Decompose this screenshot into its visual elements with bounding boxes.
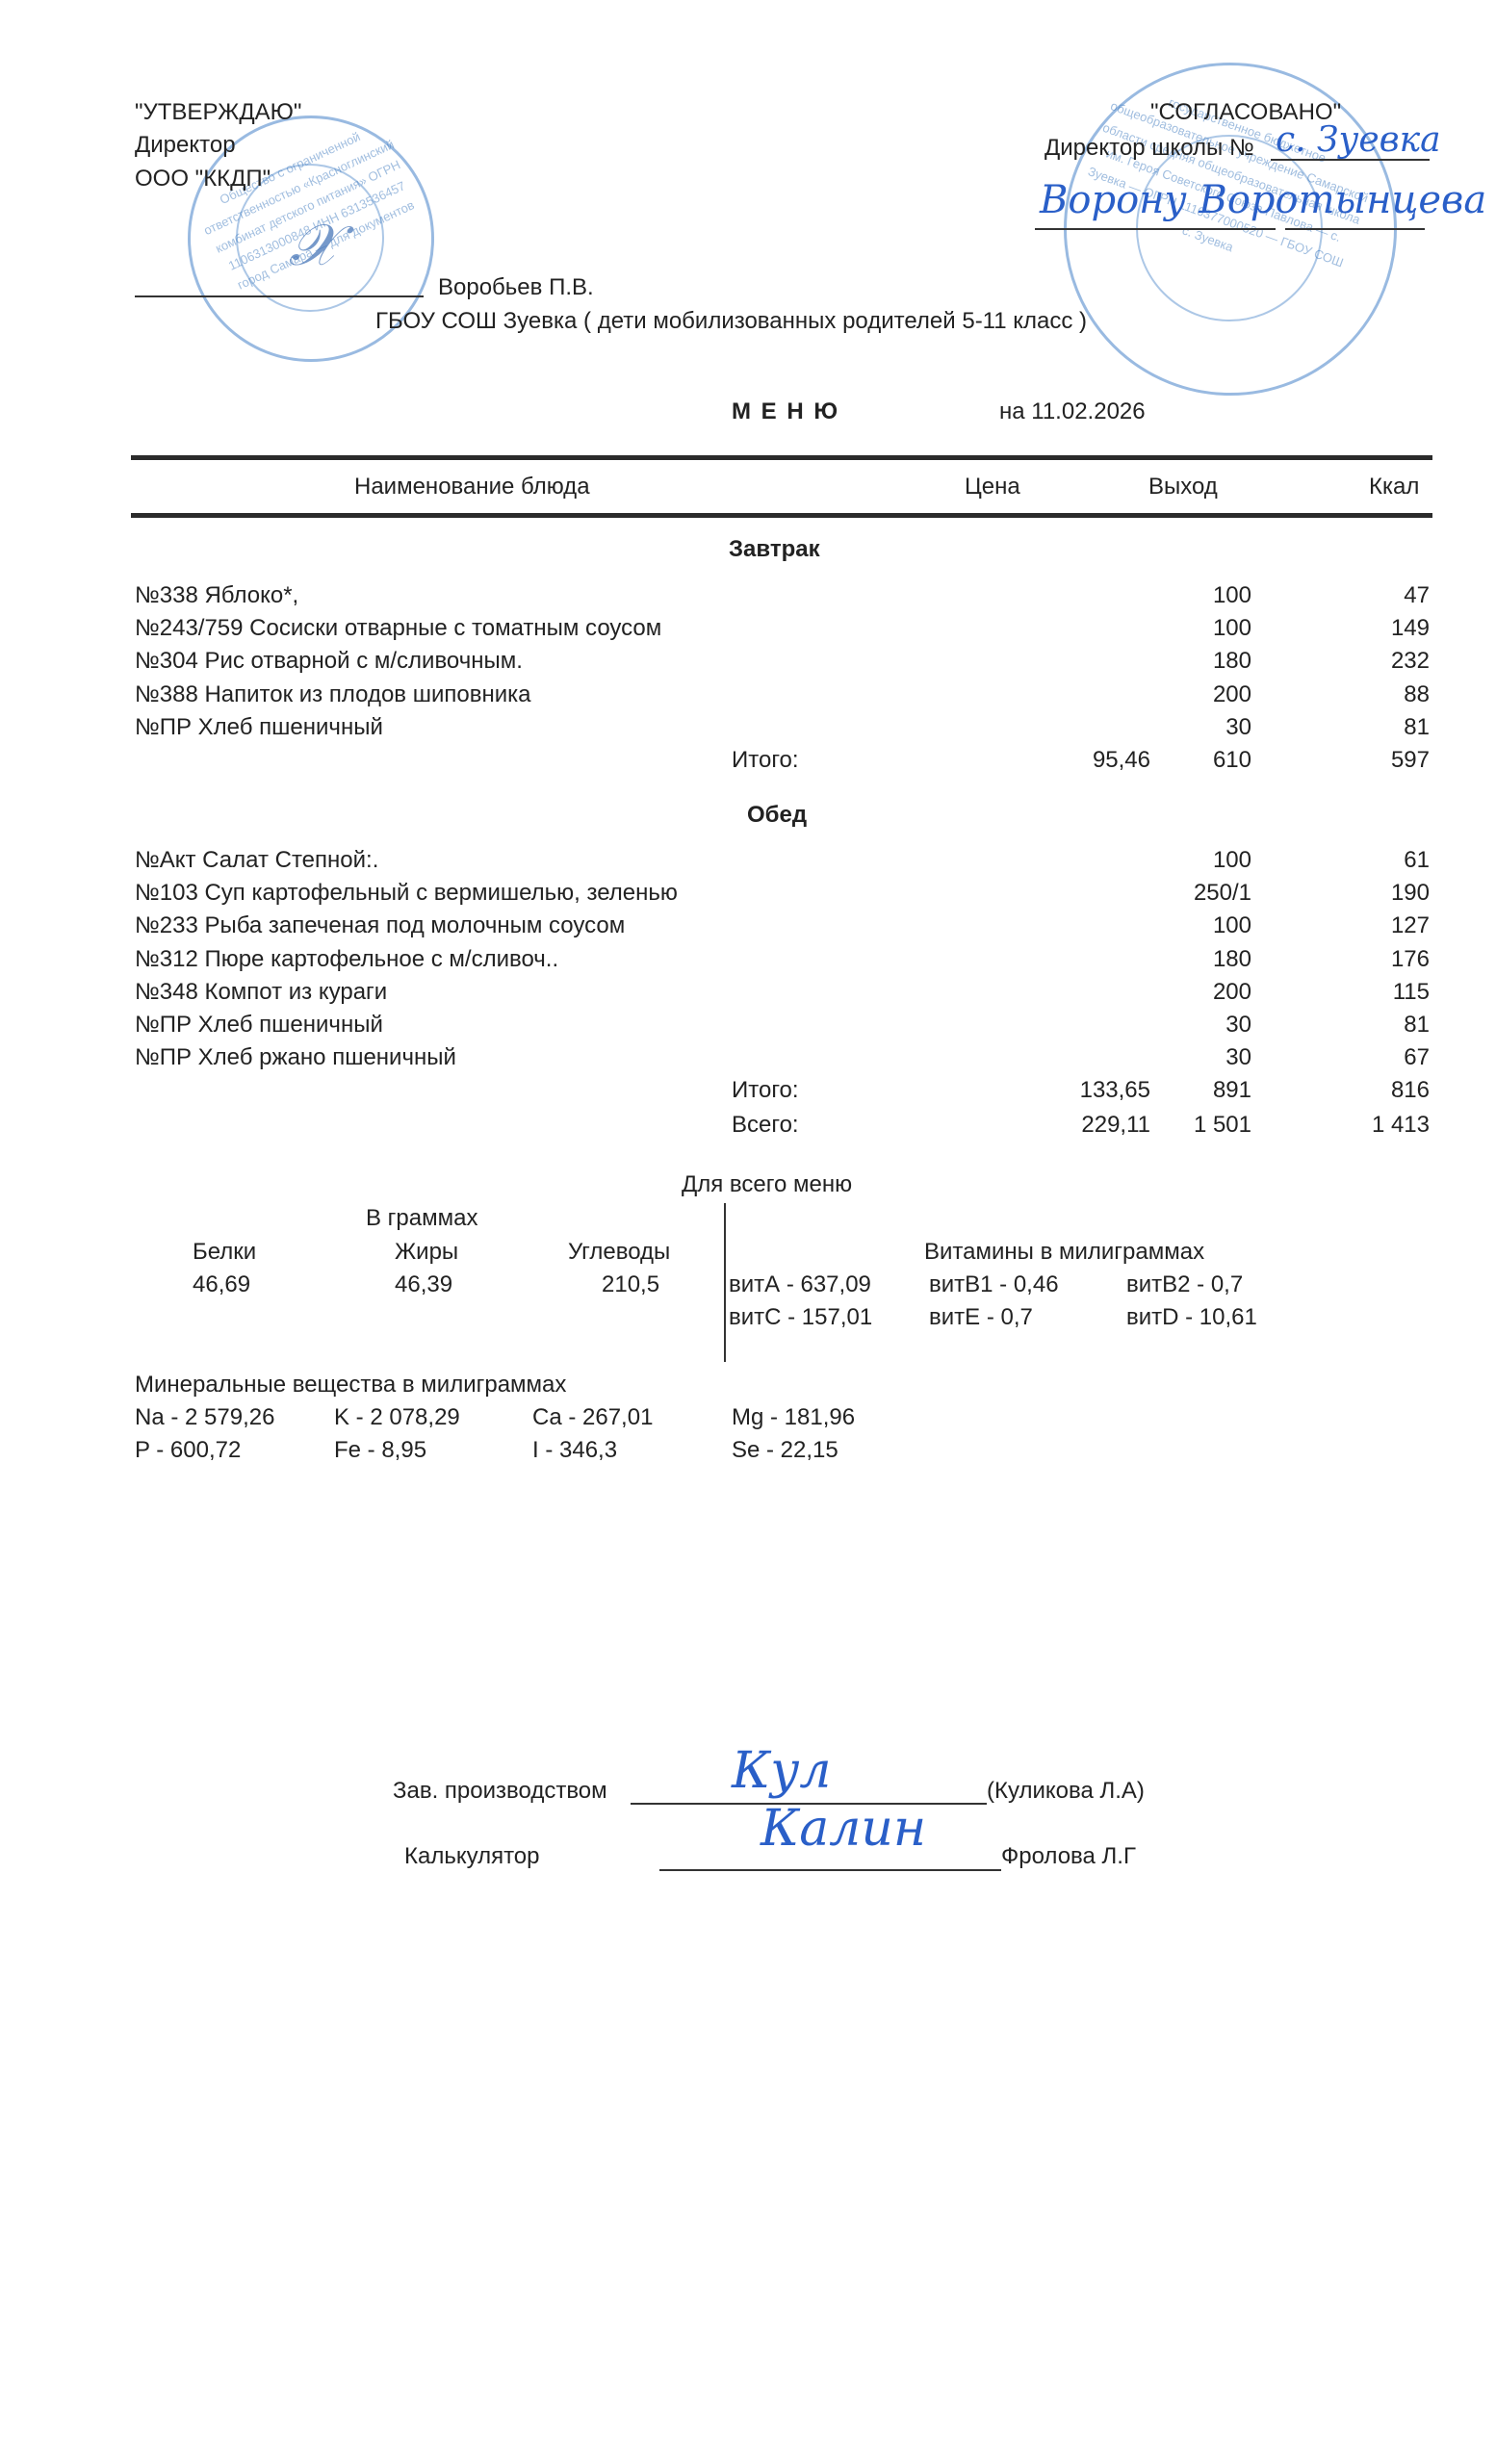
dish-output: 100: [1213, 912, 1251, 939]
macro-label-carbs: Углеводы: [568, 1239, 670, 1266]
dish-name: №348 Компот из кураги: [135, 979, 387, 1006]
school-line: ГБОУ СОШ Зуевка ( дети мобилизованных ро…: [375, 308, 1087, 335]
mineral-i: I - 346,3: [532, 1437, 617, 1464]
mineral-ca: Ca - 267,01: [532, 1404, 653, 1431]
column-header-kcal: Ккал: [1369, 474, 1419, 500]
dish-name: №103 Суп картофельный с вермишелью, зеле…: [135, 880, 678, 907]
dish-kcal: 67: [1404, 1044, 1430, 1071]
total-label: Итого:: [732, 1077, 799, 1104]
dish-output: 250/1: [1194, 880, 1251, 907]
approve-org: ООО "ККДП": [135, 166, 271, 192]
dish-kcal: 176: [1391, 946, 1430, 973]
vitamin-d: витD - 10,61: [1126, 1304, 1257, 1331]
nutrition-title: Для всего меню: [682, 1171, 852, 1198]
mineral-mg: Mg - 181,96: [732, 1404, 855, 1431]
menu-date: на 11.02.2026: [999, 398, 1146, 425]
dish-output: 180: [1213, 648, 1251, 675]
table-row: №312 Пюре картофельное с м/сливоч..18017…: [135, 946, 1430, 979]
vitamins-label: Витамины в милиграммах: [924, 1239, 1204, 1266]
table-row: №243/759 Сосиски отварные с томатным соу…: [135, 615, 1430, 648]
table-row: №ПР Хлеб ржано пшеничный3067: [135, 1044, 1430, 1077]
total-output: 891: [1213, 1077, 1251, 1104]
signature-role-production: Зав. производством: [393, 1778, 607, 1805]
table-top-rule: [131, 455, 1432, 460]
dish-kcal: 47: [1404, 582, 1430, 609]
table-row: №Акт Салат Степной:.10061: [135, 847, 1430, 880]
dish-kcal: 190: [1391, 880, 1430, 907]
macro-value-protein: 46,69: [193, 1271, 250, 1298]
column-header-price: Цена: [965, 474, 1020, 500]
total-label: Итого:: [732, 747, 799, 774]
dish-name: №ПР Хлеб пшеничный: [135, 1012, 383, 1039]
agree-signature-line-2: [1285, 228, 1425, 230]
approve-signer: Воробьев П.В.: [438, 274, 594, 301]
signature-handwritten-production: Кул: [732, 1742, 832, 1800]
agree-handwritten-school: с. Зуевка: [1276, 120, 1441, 160]
total-kcal: 816: [1391, 1077, 1430, 1104]
dish-kcal: 61: [1404, 847, 1430, 874]
signature-handwritten-calculator: Калин: [761, 1800, 926, 1858]
dish-output: 100: [1213, 582, 1251, 609]
total-price: 133,65: [1080, 1077, 1150, 1104]
table-header-bottom-rule: [131, 513, 1432, 518]
table-row: №304 Рис отварной с м/сливочным.180232: [135, 648, 1430, 680]
grand-total-price: 229,11: [1081, 1112, 1150, 1139]
macro-label-fat: Жиры: [395, 1239, 458, 1266]
dish-kcal: 81: [1404, 1012, 1430, 1039]
approve-position: Директор: [135, 132, 236, 159]
grand-total-kcal: 1 413: [1372, 1112, 1430, 1139]
table-row: №388 Напиток из плодов шиповника20088: [135, 681, 1430, 714]
dish-output: 30: [1225, 714, 1251, 741]
dish-kcal: 149: [1391, 615, 1430, 642]
dish-name: №243/759 Сосиски отварные с томатным соу…: [135, 615, 661, 642]
macro-value-carbs: 210,5: [602, 1271, 659, 1298]
mineral-fe: Fe - 8,95: [334, 1437, 426, 1464]
column-header-name: Наименование блюда: [354, 474, 590, 500]
total-output: 610: [1213, 747, 1251, 774]
total-kcal: 597: [1391, 747, 1430, 774]
vitamin-b2: витВ2 - 0,7: [1126, 1271, 1243, 1298]
column-header-output: Выход: [1148, 474, 1218, 500]
section-total-row: Итого:133,65891816: [135, 1077, 1430, 1110]
table-row: №ПР Хлеб пшеничный3081: [135, 1012, 1430, 1044]
dish-kcal: 88: [1404, 681, 1430, 708]
dish-kcal: 232: [1391, 648, 1430, 675]
dish-kcal: 81: [1404, 714, 1430, 741]
dish-output: 30: [1225, 1044, 1251, 1071]
minerals-label: Минеральные вещества в милиграммах: [135, 1372, 566, 1399]
section-title-breakfast: Завтрак: [729, 536, 820, 563]
menu-title: М Е Н Ю: [732, 398, 839, 425]
table-row: №ПР Хлеб пшеничный3081: [135, 714, 1430, 747]
grand-total-row: Всего: 229,11 1 501 1 413: [135, 1112, 1430, 1144]
table-row: №348 Компот из кураги200115: [135, 979, 1430, 1012]
nutrition-divider: [724, 1203, 726, 1362]
dish-output: 180: [1213, 946, 1251, 973]
dish-output: 200: [1213, 681, 1251, 708]
grand-total-output: 1 501: [1194, 1112, 1251, 1139]
dish-name: №ПР Хлеб ржано пшеничный: [135, 1044, 456, 1071]
dish-kcal: 115: [1393, 979, 1430, 1006]
dish-output: 100: [1213, 615, 1251, 642]
section-total-row: Итого:95,46610597: [135, 747, 1430, 780]
approve-title: "УТВЕРЖДАЮ": [135, 99, 301, 126]
macro-label-protein: Белки: [193, 1239, 256, 1266]
dish-name: №388 Напиток из плодов шиповника: [135, 681, 531, 708]
dish-name: №312 Пюре картофельное с м/сливоч..: [135, 946, 558, 973]
mineral-na: Na - 2 579,26: [135, 1404, 274, 1431]
grams-label: В граммах: [366, 1205, 477, 1232]
vitamin-a: витА - 637,09: [729, 1271, 871, 1298]
dish-name: №304 Рис отварной с м/сливочным.: [135, 648, 523, 675]
dish-kcal: 127: [1391, 912, 1430, 939]
dish-output: 30: [1225, 1012, 1251, 1039]
mineral-p: P - 600,72: [135, 1437, 241, 1464]
vitamin-c: витС - 157,01: [729, 1304, 872, 1331]
signature-role-calculator: Калькулятор: [404, 1843, 540, 1870]
mineral-k: K - 2 078,29: [334, 1404, 460, 1431]
signature-name-production: (Куликова Л.А): [987, 1778, 1145, 1805]
signature-name-calculator: Фролова Л.Г: [1001, 1843, 1136, 1870]
dish-name: №ПР Хлеб пшеничный: [135, 714, 383, 741]
approve-signature: 𝒳: [289, 212, 339, 279]
approve-signature-line: [135, 295, 424, 297]
grand-total-label: Всего:: [732, 1112, 799, 1139]
agree-handwritten-name: Ворону Воротынцева: [1040, 178, 1486, 222]
section-title-lunch: Обед: [747, 802, 807, 829]
agree-position: Директор школы №: [1045, 135, 1254, 162]
dish-output: 100: [1213, 847, 1251, 874]
table-row: №338 Яблоко*,10047: [135, 582, 1430, 615]
dish-name: №338 Яблоко*,: [135, 582, 298, 609]
macro-value-fat: 46,39: [395, 1271, 452, 1298]
vitamin-e: витЕ - 0,7: [929, 1304, 1033, 1331]
table-row: №233 Рыба запеченая под молочным соусом1…: [135, 912, 1430, 945]
dish-name: №233 Рыба запеченая под молочным соусом: [135, 912, 625, 939]
total-price: 95,46: [1093, 747, 1150, 774]
dish-name: №Акт Салат Степной:.: [135, 847, 378, 874]
mineral-se: Se - 22,15: [732, 1437, 838, 1464]
agree-signature-line-1: [1035, 228, 1276, 230]
table-row: №103 Суп картофельный с вермишелью, зеле…: [135, 880, 1430, 912]
dish-output: 200: [1213, 979, 1251, 1006]
vitamin-b1: витВ1 - 0,46: [929, 1271, 1059, 1298]
signature-line-calculator: [659, 1869, 1001, 1871]
